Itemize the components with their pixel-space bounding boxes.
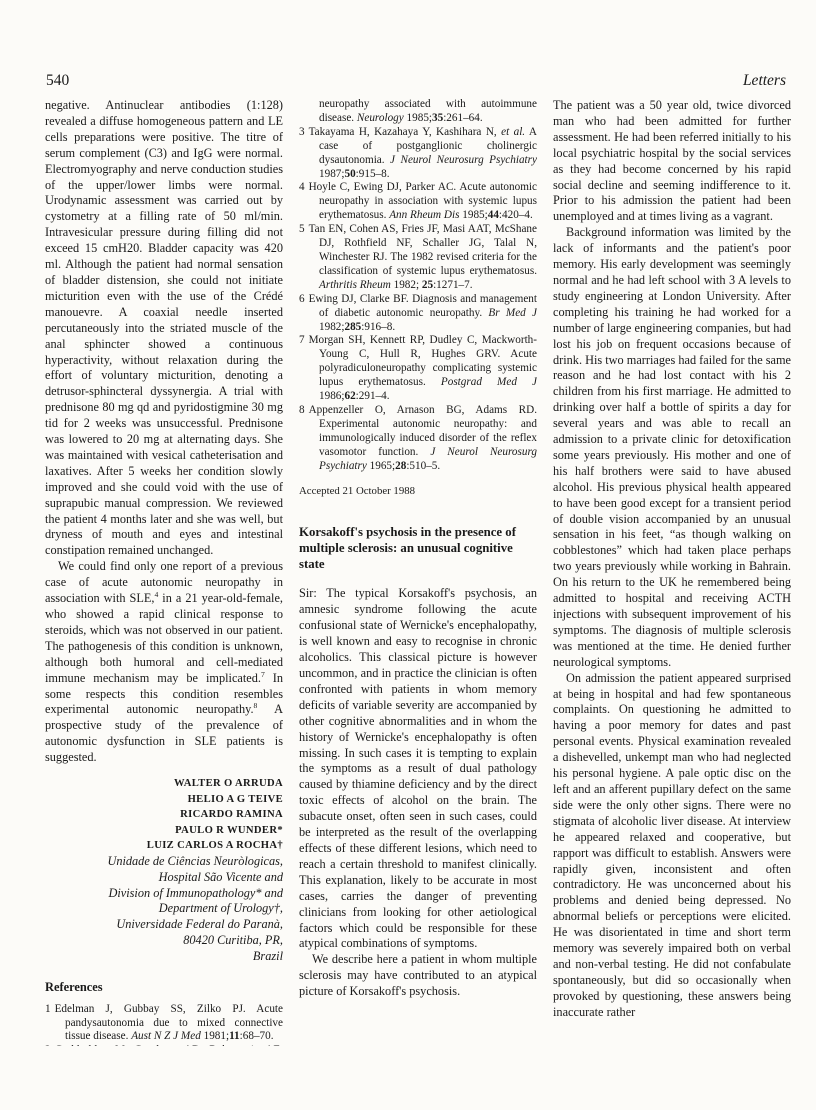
reference-item: 5Tan EN, Cohen AS, Fries JF, Masi AAT, M… xyxy=(299,223,537,293)
signature-name: RICARDO RAMINA xyxy=(45,807,283,823)
affiliation-line: Brazil xyxy=(45,949,283,965)
text-segment: 1986; xyxy=(319,390,344,402)
reference-item: 6Ewing DJ, Clarke BF. Diagnosis and mana… xyxy=(299,293,537,335)
text-segment: Guddesblatt M, Goodman AD, Rubenstein AE… xyxy=(55,1044,283,1046)
text-segment: Takayama H, Kazahaya Y, Kashihara N, xyxy=(309,126,502,138)
text-segment: 35 xyxy=(432,112,443,124)
text-segment: :420–4. xyxy=(499,209,533,221)
affiliation-line: Unidade de Ciências Neuròlogicas, xyxy=(45,854,283,870)
text-segment: 1985; xyxy=(404,112,432,124)
accepted-date: Accepted 21 October 1988 xyxy=(299,484,537,498)
text-segment: 285 xyxy=(344,321,361,333)
columns: negative. Antinuclear antibodies (1:128)… xyxy=(45,98,791,1046)
paragraph: We describe here a patient in whom multi… xyxy=(299,952,537,1000)
signature-name: HELIO A G TEIVE xyxy=(45,792,283,808)
reference-number: 2 xyxy=(45,1044,55,1046)
reference-item: 3Takayama H, Kazahaya Y, Kashihara N, et… xyxy=(299,126,537,182)
text-segment: 1965; xyxy=(367,460,395,472)
text-segment: :261–64. xyxy=(443,112,482,124)
text-segment: 28 xyxy=(395,460,406,472)
text-segment: Sir: The typical Korsakoff's psychosis, … xyxy=(299,586,537,950)
reference-number: 3 xyxy=(299,126,309,138)
text-segment: 44 xyxy=(488,209,499,221)
affiliation-line: Division of Immunopathology* and xyxy=(45,886,283,902)
affiliation-line: Hospital São Vicente and xyxy=(45,870,283,886)
column-2: neuropathy associated with autoimmune di… xyxy=(299,98,537,1046)
text-segment: 1982; xyxy=(391,279,422,291)
affiliation-line: Universidade Federal do Paranà, xyxy=(45,917,283,933)
text-segment: :1271–7. xyxy=(433,279,472,291)
text-segment: 1982; xyxy=(319,321,344,333)
reference-item: 7Morgan SH, Kennett RP, Dudley C, Mackwo… xyxy=(299,334,537,404)
text-segment: :916–8. xyxy=(361,321,395,333)
text-segment: Postgrad Med J xyxy=(441,376,537,388)
text-segment: The patient was a 50 year old, twice div… xyxy=(553,98,791,223)
paragraph: negative. Antinuclear antibodies (1:128)… xyxy=(45,98,283,559)
reference-number: 7 xyxy=(299,334,309,346)
text-segment: negative. Antinuclear antibodies (1:128)… xyxy=(45,98,283,557)
text-segment: 25 xyxy=(422,279,433,291)
paragraph: We could find only one report of a previ… xyxy=(45,559,283,766)
signature-name: LUIZ CARLOS A ROCHA† xyxy=(45,838,283,854)
reference-number: 4 xyxy=(299,181,309,193)
text-segment: in a 21 year-old-female, who showed a ra… xyxy=(45,591,283,685)
reference-number: 5 xyxy=(299,223,309,235)
text-segment: :68–70. xyxy=(240,1030,274,1042)
text-segment: :291–4. xyxy=(356,390,390,402)
text-segment: 62 xyxy=(344,390,355,402)
text-segment: :510–5. xyxy=(406,460,440,472)
reference-item: 1Edelman J, Gubbay SS, Zilko PJ. Acute p… xyxy=(45,1003,283,1045)
text-segment: J Neurol Neurosurg Psychiatry xyxy=(390,154,537,166)
letter-title: Korsakoff's psychosis in the presence of… xyxy=(299,524,537,572)
reference-item: 8Appenzeller O, Arnason BG, Adams RD. Ex… xyxy=(299,404,537,474)
affiliation-line: Department of Urology†, xyxy=(45,901,283,917)
text-segment: We describe here a patient in whom multi… xyxy=(299,952,537,998)
text-segment: On admission the patient appeared surpri… xyxy=(553,671,791,1019)
text-segment: Neurology xyxy=(357,112,404,124)
reference-number: 8 xyxy=(299,404,309,416)
text-segment: :915–8. xyxy=(356,168,390,180)
paragraph: Background information was limited by th… xyxy=(553,225,791,670)
paragraph: The patient was a 50 year old, twice div… xyxy=(553,98,791,225)
reference-item: 4Hoyle C, Ewing DJ, Parker AC. Acute aut… xyxy=(299,181,537,223)
text-segment: Background information was limited by th… xyxy=(553,225,791,668)
page-header: 540 Letters xyxy=(46,72,786,90)
affiliation-block: Unidade de Ciências Neuròlogicas,Hospita… xyxy=(45,854,283,965)
signature-name: WALTER O ARRUDA xyxy=(45,776,283,792)
reference-number: 6 xyxy=(299,293,309,305)
signature-name: PAULO R WUNDER* xyxy=(45,823,283,839)
running-head: Letters xyxy=(743,72,786,90)
affiliation-line: 80420 Curitiba, PR, xyxy=(45,933,283,949)
page-number: 540 xyxy=(46,72,69,90)
text-segment: 50 xyxy=(344,168,355,180)
text-segment: Aust N Z J Med xyxy=(131,1030,201,1042)
text-segment: Br Med J xyxy=(488,307,537,319)
text-segment: 1985; xyxy=(459,209,487,221)
text-segment: Arthritis Rheum xyxy=(319,279,391,291)
paragraph: Sir: The typical Korsakoff's psychosis, … xyxy=(299,586,537,952)
reference-continuation: neuropathy associated with autoimmune di… xyxy=(299,98,537,126)
reference-item: 2Guddesblatt M, Goodman AD, Rubenstein A… xyxy=(45,1044,283,1046)
column-3: The patient was a 50 year old, twice div… xyxy=(553,98,791,1046)
text-segment: 1987; xyxy=(319,168,344,180)
signature-block: WALTER O ARRUDAHELIO A G TEIVERICARDO RA… xyxy=(45,776,283,854)
text-segment: et al. xyxy=(501,126,525,138)
reference-number: 1 xyxy=(45,1003,55,1015)
text-segment: 1981; xyxy=(201,1030,229,1042)
text-segment: Tan EN, Cohen AS, Fries JF, Masi AAT, Mc… xyxy=(309,223,537,277)
paragraph: On admission the patient appeared surpri… xyxy=(553,671,791,1021)
references-heading: References xyxy=(45,979,283,995)
column-1: negative. Antinuclear antibodies (1:128)… xyxy=(45,98,283,1046)
text-segment: 11 xyxy=(229,1030,240,1042)
scan-page: 540 Letters negative. Antinuclear antibo… xyxy=(0,0,816,1110)
text-segment: Ann Rheum Dis xyxy=(389,209,459,221)
